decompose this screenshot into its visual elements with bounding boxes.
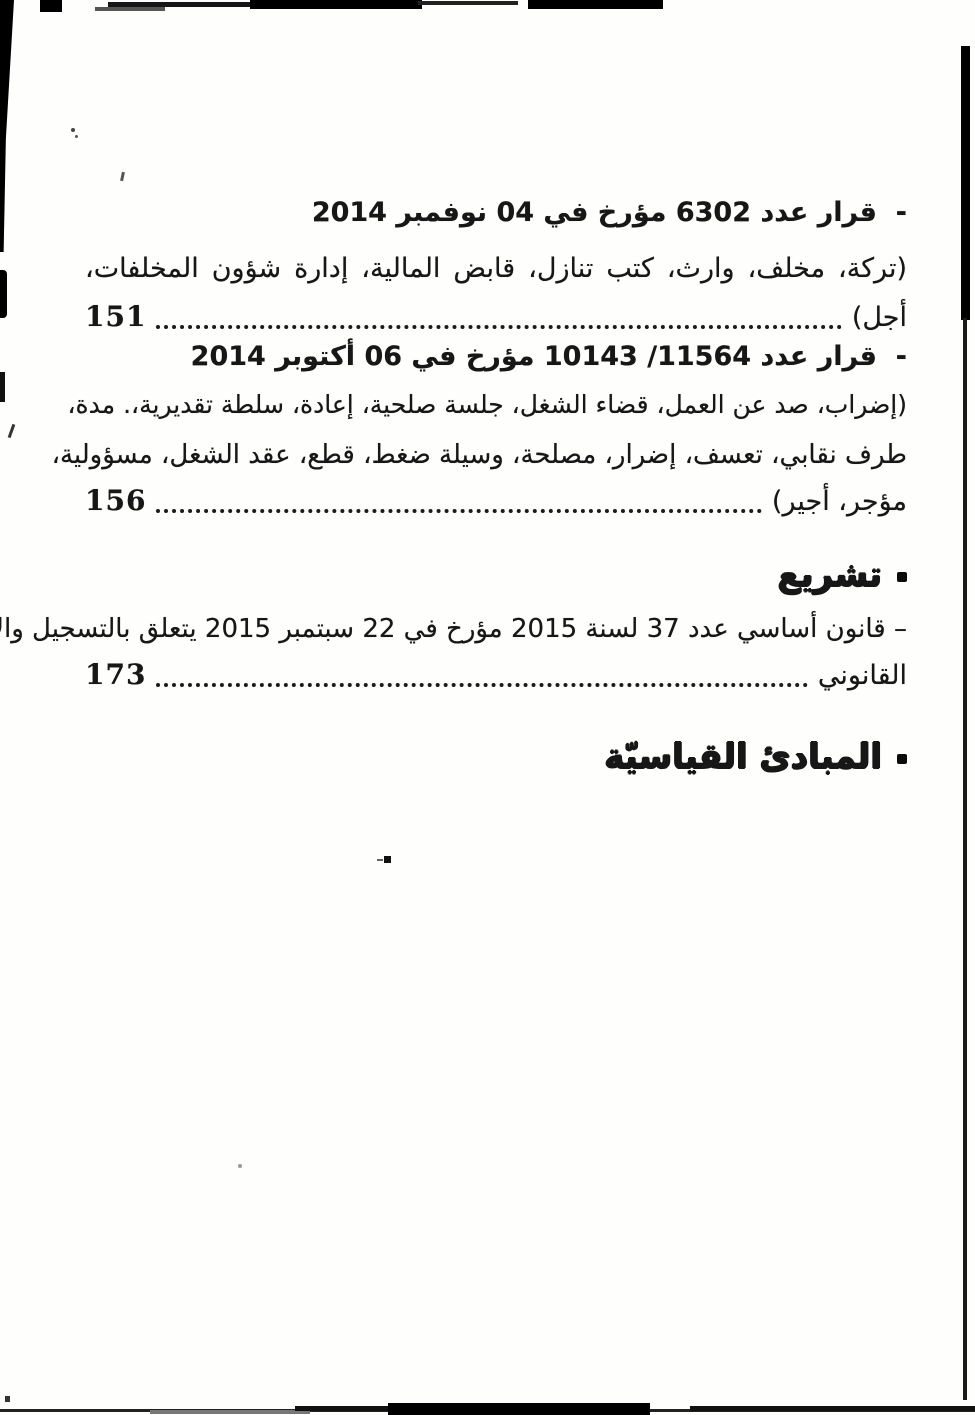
scan-border-left-wedge bbox=[0, 0, 14, 252]
bullet-icon bbox=[897, 754, 907, 764]
dotted-leader bbox=[156, 683, 807, 687]
scan-artifact-top bbox=[418, 1, 518, 5]
scan-mark-left bbox=[8, 424, 16, 438]
scan-mark-left bbox=[0, 372, 5, 402]
scan-artifact-top bbox=[95, 7, 165, 11]
legislation-leader-row: القانوني 173 bbox=[85, 652, 907, 699]
toc-keywords-line: (إضراب، صد عن العمل، قضاء الشغل، جلسة صل… bbox=[85, 382, 907, 428]
scan-artifact-top bbox=[250, 0, 422, 9]
toc-leader-row: مؤجر، أجير) 156 bbox=[85, 478, 907, 525]
scan-artifact-top-blob bbox=[40, 0, 62, 12]
scan-artifact-top bbox=[528, 0, 663, 9]
dotted-leader bbox=[156, 325, 841, 329]
legislation-entry-line: – قانون أساسي عدد 37 لسنة 2015 مؤرخ في 2… bbox=[85, 606, 907, 652]
scan-speck bbox=[384, 856, 391, 863]
toc-keywords-line: طرف نقابي، تعسف، إضرار، مصلحة، وسيلة ضغط… bbox=[85, 432, 907, 478]
toc-keywords-line: (تركة، مخلف، وارث، كتب تنازل، قابض المال… bbox=[85, 246, 907, 292]
scan-speck bbox=[377, 859, 383, 861]
scanned-page: - قرار عدد 6302 مؤرخ في 04 نوفمبر 2014 (… bbox=[0, 0, 975, 1415]
scan-mark-left bbox=[0, 270, 7, 318]
scan-border-right-thin bbox=[963, 318, 967, 1400]
scan-speck bbox=[120, 172, 125, 181]
toc-entry-title: - قرار عدد 6302 مؤرخ في 04 نوفمبر 2014 bbox=[85, 190, 943, 236]
toc-keywords-tail: مؤجر، أجير) bbox=[772, 479, 907, 525]
scan-speck bbox=[5, 1396, 10, 1402]
dotted-leader bbox=[156, 509, 761, 513]
page-number: 173 bbox=[85, 652, 146, 698]
section-label: المبادئ القياسيّة bbox=[604, 730, 882, 784]
scan-border-bottom bbox=[690, 1406, 975, 1411]
toc-entry-title: - قرار عدد 11564/ 10143 مؤرخ في 06 أكتوب… bbox=[85, 334, 943, 380]
section-header-principles: المبادئ القياسيّة bbox=[85, 730, 935, 784]
legislation-tail: القانوني bbox=[818, 653, 907, 699]
scan-speck bbox=[75, 135, 78, 138]
scan-artifact-top bbox=[108, 2, 273, 7]
bullet-icon bbox=[897, 572, 907, 582]
page-number: 156 bbox=[85, 478, 146, 524]
section-label: تشريع bbox=[777, 548, 882, 602]
scan-border-bottom bbox=[150, 1410, 310, 1414]
scan-speck bbox=[71, 128, 75, 132]
scan-border-bottom bbox=[388, 1403, 650, 1415]
scan-border-right-thick bbox=[961, 46, 970, 320]
scan-speck bbox=[238, 1164, 242, 1168]
section-header-legislation: تشريع bbox=[85, 548, 935, 602]
